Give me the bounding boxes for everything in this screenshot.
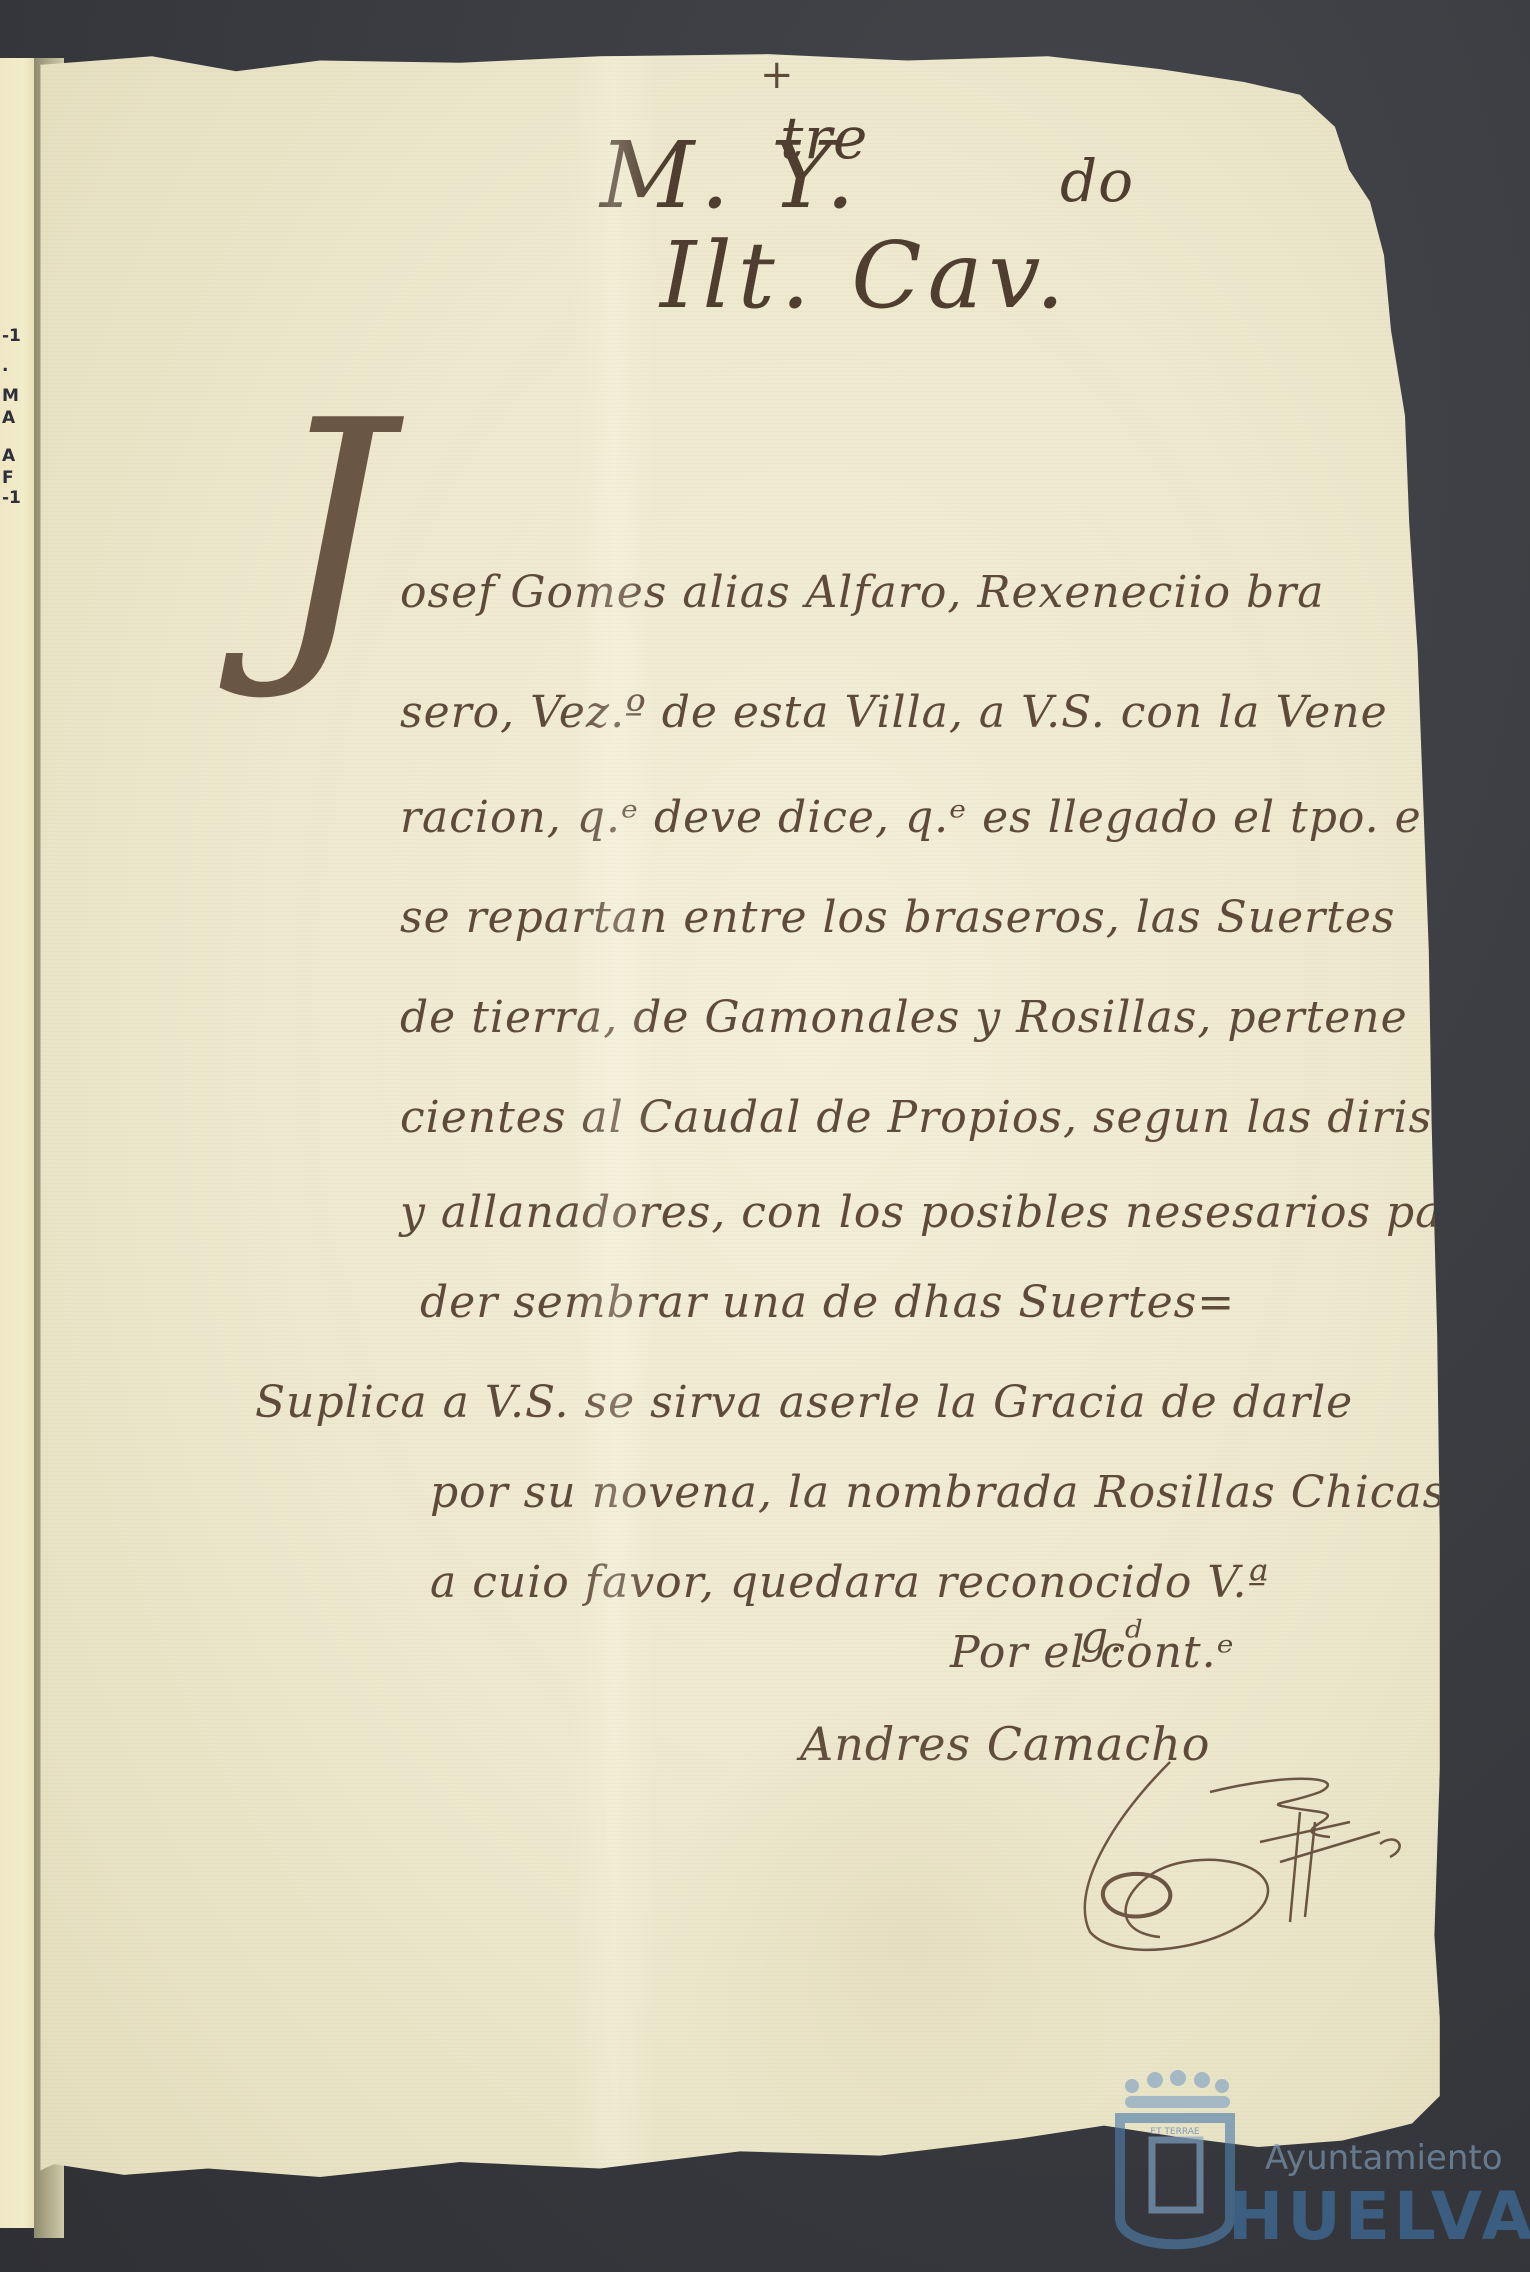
adjacent-page-strip: -1 . M A A F -1	[0, 58, 34, 2228]
body-line-6: cientes al Caudal de Propios, segun las …	[400, 1092, 1432, 1143]
strip-fragment: A	[2, 448, 15, 465]
heading-cross-mark: +	[760, 52, 795, 98]
body-line-1: osef Gomes alias Alfaro, Rexeneciio bra	[400, 567, 1324, 618]
huelva-coat-of-arms-icon: ET TERRAE	[1110, 2068, 1240, 2268]
body-line-8: der sembrar una de dhas Suertes=	[420, 1277, 1235, 1328]
svg-text:ET TERRAE: ET TERRAE	[1150, 2127, 1200, 2137]
signature-rubric-flourish	[1050, 1752, 1470, 1952]
heading-line-2: Ilt. Cav.	[660, 222, 1071, 329]
supplication-line-3: a cuio favor, quedara reconocido V.ª	[430, 1557, 1269, 1608]
watermark-label-ayuntamiento: Ayuntamiento	[1265, 2138, 1503, 2178]
ornamental-drop-cap: J	[270, 382, 390, 682]
supplication-line-1: Suplica a V.S. se sirva aserle la Gracia…	[255, 1377, 1353, 1428]
body-line-2: sero, Vez.º de esta Villa, a V.S. con la…	[400, 687, 1388, 738]
watermark-label-huelva: HUELVA	[1228, 2178, 1530, 2255]
body-line-7: y allanadores, con los posibles nesesari…	[400, 1187, 1530, 1238]
strip-fragment: .	[2, 358, 8, 375]
manuscript-sheet: + M. Y. tre Ilt. Cav. do J osef Gomes al…	[40, 52, 1440, 2192]
supplication-line-2: por su novena, la nombrada Rosillas Chic…	[430, 1467, 1446, 1518]
ayuntamiento-huelva-watermark: ET TERRAE Ayuntamiento HUELVA	[1110, 2068, 1530, 2268]
closing-line: Por el cont.ᵉ	[950, 1627, 1235, 1678]
heading-superscript-1: tre	[780, 104, 868, 172]
body-line-4: se repartan entre los braseros, las Suer…	[400, 892, 1395, 943]
strip-fragment: M	[2, 388, 19, 405]
strip-fragment: -1	[2, 328, 21, 345]
heading-superscript-2: do	[1060, 147, 1134, 215]
strip-fragment: A	[2, 410, 15, 427]
strip-fragment: -1	[2, 490, 21, 507]
strip-fragment: F	[2, 470, 14, 487]
body-line-5: de tierra, de Gamonales y Rosillas, pert…	[400, 992, 1408, 1043]
body-line-3: racion, q.ᵉ deve dice, q.ᵉ es llegado el…	[400, 792, 1528, 843]
